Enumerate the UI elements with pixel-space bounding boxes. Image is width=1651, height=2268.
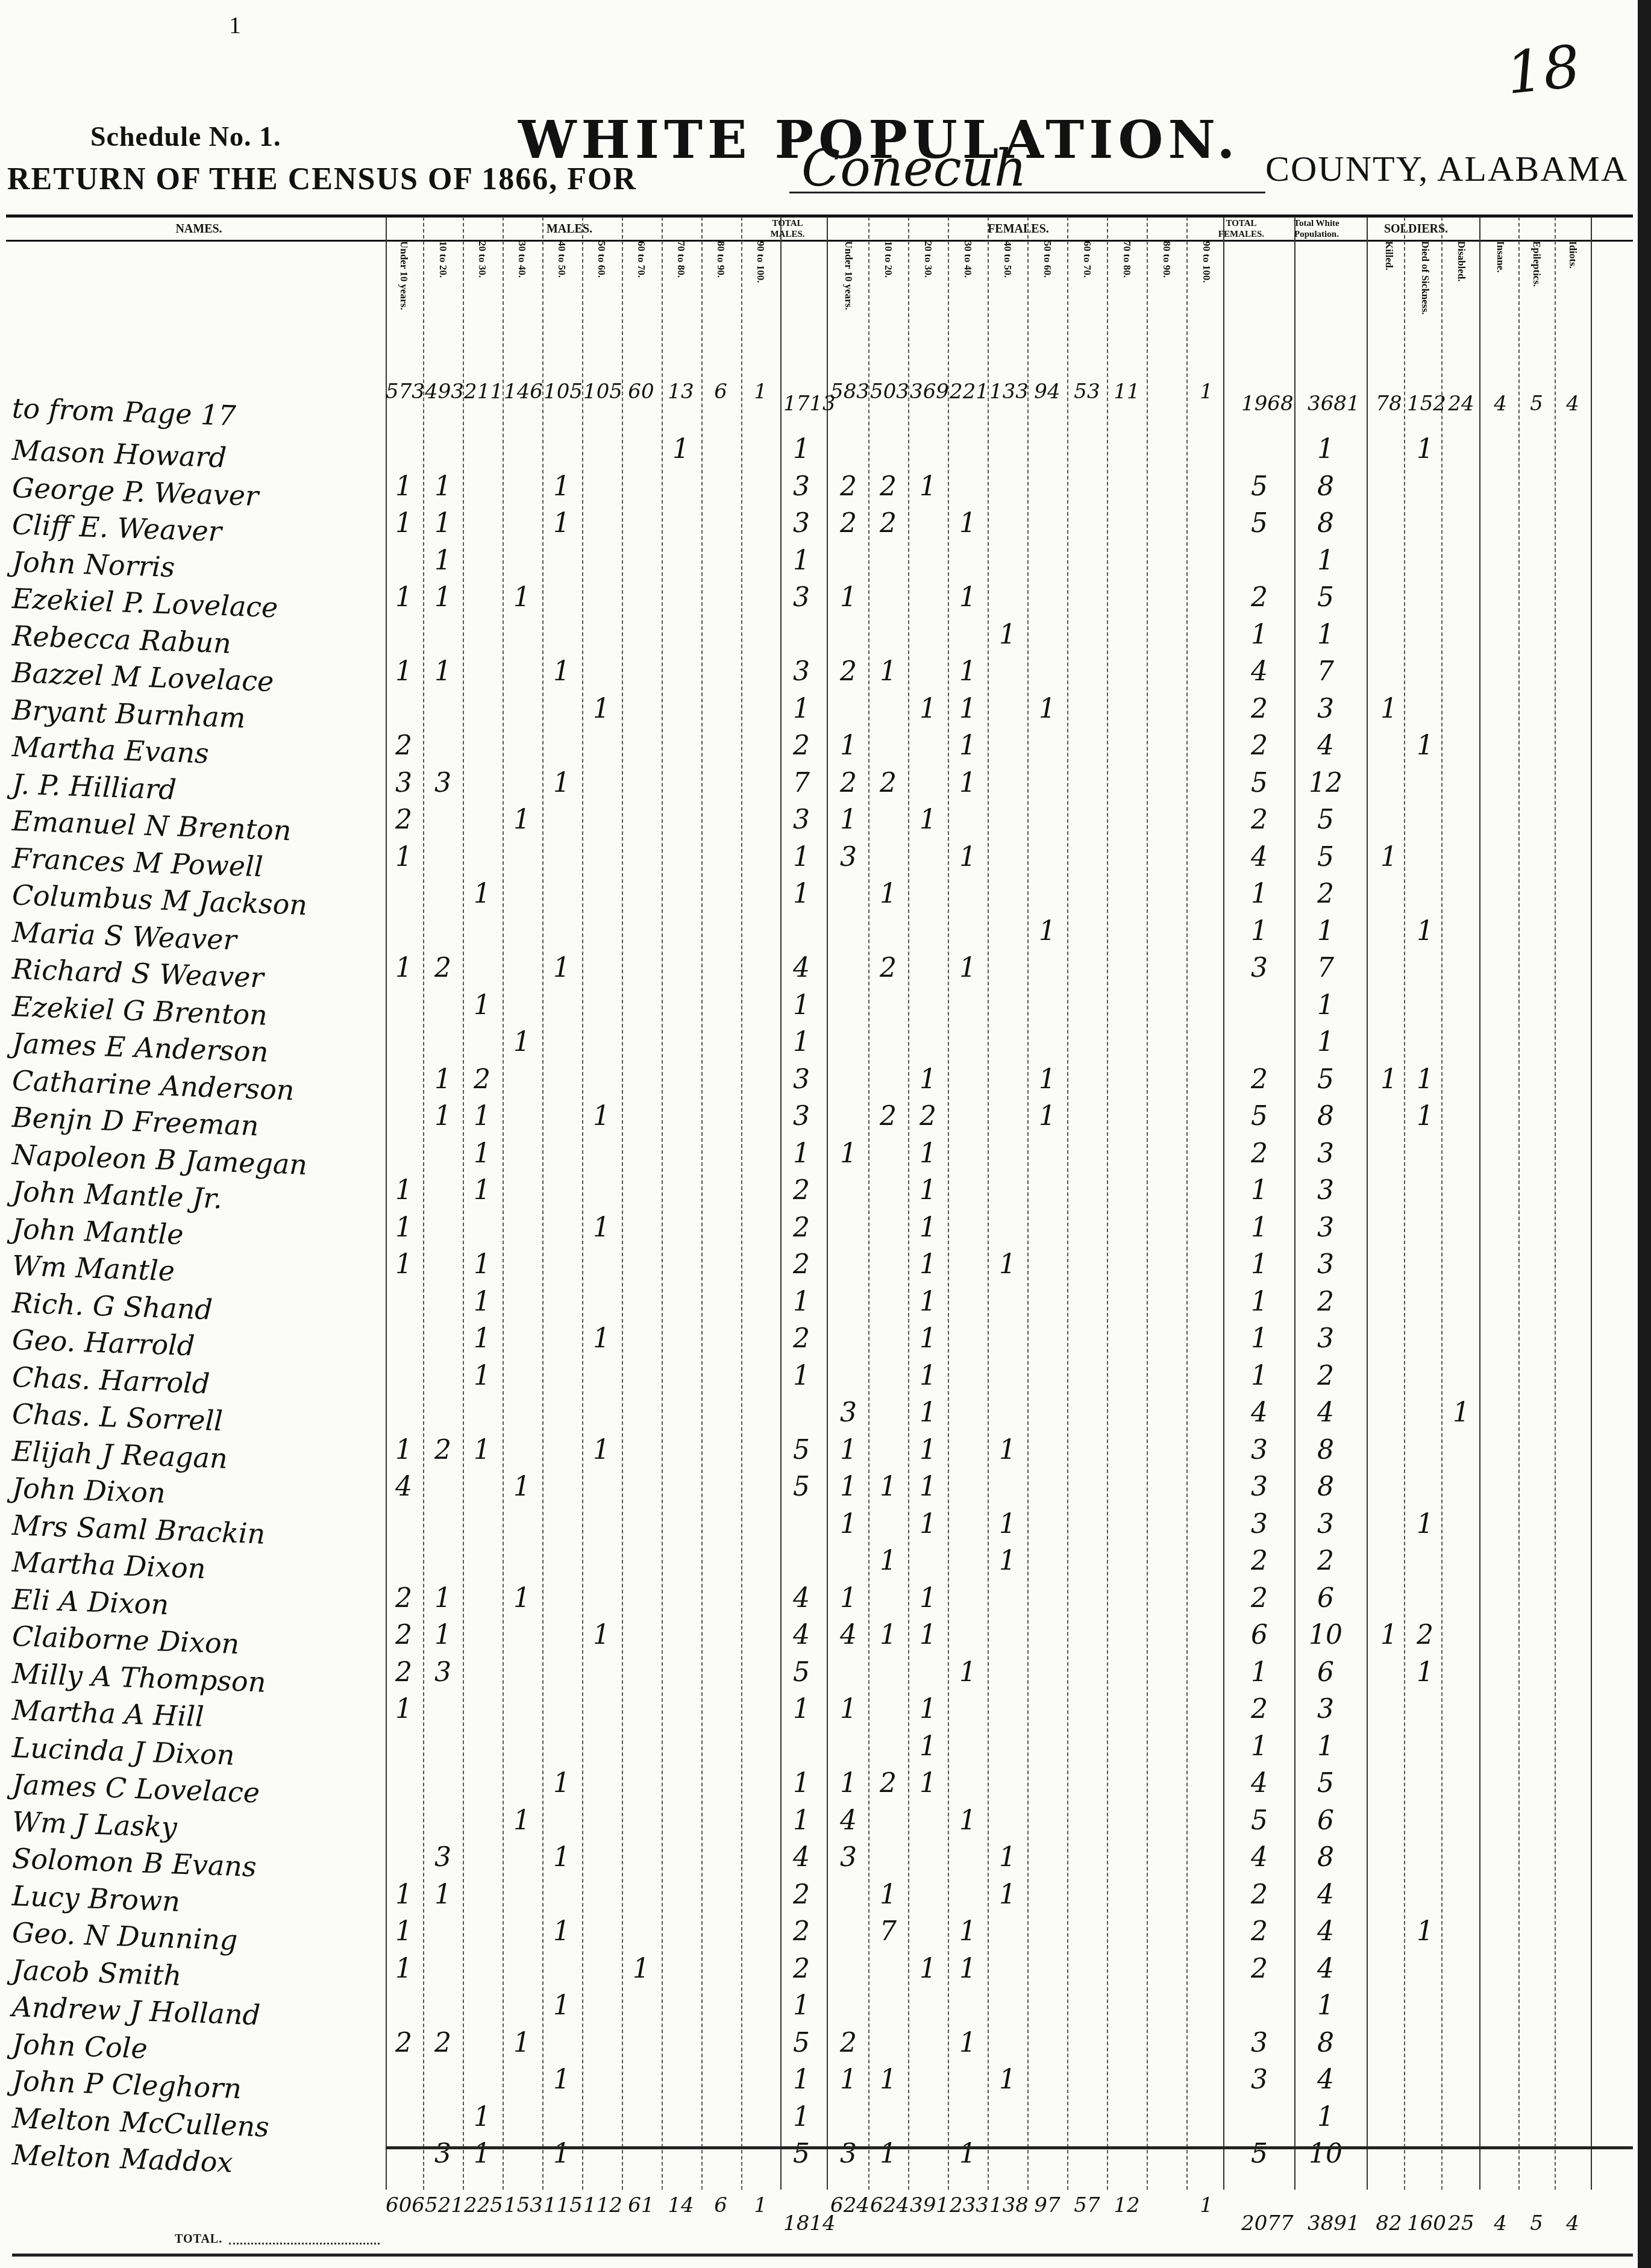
male-count: 1 <box>386 508 422 539</box>
female-count: 1 <box>870 1471 906 1502</box>
female-count: 583 <box>830 380 866 404</box>
female-count: 1 <box>910 1768 946 1799</box>
female-count: 1 <box>1029 1101 1065 1132</box>
total-white: 3 <box>1308 1509 1344 1540</box>
condition-col-header: Idiots. <box>1567 241 1579 386</box>
total-females: 5 <box>1241 1101 1277 1132</box>
total-males: 2 <box>783 1879 819 1910</box>
total-white: 4 <box>1308 1953 1344 1984</box>
total-white: 7 <box>1308 953 1344 983</box>
total-white: 1 <box>1308 1990 1344 2021</box>
column-rule <box>1479 217 1480 2190</box>
female-count: 1 <box>950 694 986 724</box>
male-count: 1 <box>425 1583 461 1614</box>
total-killed: 82 <box>1371 2211 1407 2235</box>
column-rule <box>1591 217 1592 2190</box>
female-count: 2 <box>830 508 866 539</box>
female-age-header: Under 10 years. <box>842 241 854 386</box>
male-count: 2 <box>425 2028 461 2058</box>
household-name: Martha Evans <box>11 730 210 769</box>
male-count: 1 <box>544 1990 580 2021</box>
male-count: 1 <box>464 1249 500 1280</box>
total-males: 1 <box>783 694 819 724</box>
female-count: 1 <box>950 582 986 613</box>
female-total: 138 <box>989 2193 1026 2217</box>
female-age-header: 70 to 80. <box>1121 241 1133 386</box>
total-males: 1 <box>783 2064 819 2095</box>
condition-col-header: Epileptics. <box>1530 241 1543 386</box>
male-age-header: 10 to 20. <box>437 241 449 386</box>
total-white: 2 <box>1308 879 1344 909</box>
male-count: 1 <box>544 1842 580 1873</box>
total-males: 2 <box>783 730 819 761</box>
soldiers-header: SOLDIERS. <box>1362 218 1470 240</box>
household-name: Napoleon B Jamegan <box>11 1138 308 1181</box>
total-males: 5 <box>783 2028 819 2058</box>
column-rule <box>868 217 869 2190</box>
male-count: 1 <box>504 1583 540 1614</box>
male-total: 1 <box>742 2193 779 2217</box>
total-males: 4 <box>783 953 819 983</box>
male-count: 1 <box>583 1323 619 1354</box>
male-count: 6 <box>703 380 739 404</box>
male-count: 1 <box>386 1916 422 1947</box>
male-count: 1 <box>386 582 422 613</box>
total-white: 8 <box>1308 1471 1344 1502</box>
total-females: 5 <box>1241 2138 1277 2169</box>
column-rule <box>1107 217 1108 2190</box>
total-white: 8 <box>1308 1842 1344 1873</box>
female-count: 1 <box>910 1694 946 1724</box>
county-underline <box>789 192 1265 193</box>
grand-total-males: 1814 <box>783 2211 819 2235</box>
total-males: 3 <box>783 804 819 835</box>
household-name: J. P. Hilliard <box>11 768 177 806</box>
total-males: 4 <box>783 1583 819 1614</box>
female-count: 2 <box>870 471 906 502</box>
total-females: 2 <box>1241 1916 1277 1947</box>
total-white: 5 <box>1308 1064 1344 1095</box>
male-count: 1 <box>464 1286 500 1317</box>
female-count: 2 <box>870 953 906 983</box>
male-count: 3 <box>425 768 461 798</box>
male-total: 6 <box>703 2193 739 2217</box>
female-count: 3 <box>830 1842 866 1873</box>
female-count: 1 <box>870 2138 906 2169</box>
killed: 1 <box>1371 1064 1407 1095</box>
household-name: Melton McCullens <box>11 2102 270 2143</box>
female-count: 1 <box>830 1768 866 1799</box>
total-label: TOTAL. <box>175 2232 222 2246</box>
male-count: 1 <box>544 656 580 687</box>
household-name: Martha Dixon <box>11 1546 206 1585</box>
column-rule <box>1147 217 1148 2190</box>
census-page: 1 18 Schedule No. 1. WHITE POPULATION. R… <box>0 0 1651 2268</box>
male-count: 3 <box>386 768 422 798</box>
idiots: 4 <box>1555 392 1591 416</box>
page-number: 18 <box>1503 33 1583 107</box>
county-name: Conecuh <box>801 139 1027 198</box>
female-total: 391 <box>910 2193 946 2217</box>
total-males: 1 <box>783 1694 819 1724</box>
total-males: 2 <box>783 1916 819 1947</box>
male-count: 1 <box>386 656 422 687</box>
female-count: 2 <box>870 1101 906 1132</box>
total-disabled: 25 <box>1443 2211 1479 2235</box>
total-males: 1 <box>783 1138 819 1169</box>
household-name: John P Cleghorn <box>11 2064 242 2105</box>
total-females: 3 <box>1241 2064 1277 2095</box>
female-count: 1 <box>950 1657 986 1688</box>
total-females: 2 <box>1241 1064 1277 1095</box>
female-count: 1 <box>910 1953 946 1984</box>
female-count: 1 <box>910 1620 946 1650</box>
female-count: 1 <box>989 1879 1026 1910</box>
schedule-label: Schedule No. 1. <box>90 121 281 152</box>
total-white: 1 <box>1308 619 1344 650</box>
total-males: 4 <box>783 1620 819 1650</box>
male-count: 1 <box>623 1953 659 1984</box>
died-of-sickness: 1 <box>1407 434 1443 465</box>
killed: 1 <box>1371 842 1407 872</box>
total-females: 1 <box>1241 1731 1277 1762</box>
female-count: 1 <box>910 1435 946 1465</box>
male-count: 3 <box>425 2138 461 2169</box>
died-of-sickness: 1 <box>1407 1657 1443 1688</box>
household-name: Geo. N Dunning <box>11 1916 238 1956</box>
total-females: 1 <box>1241 1286 1277 1317</box>
died-of-sickness: 2 <box>1407 1620 1443 1650</box>
total-white-header: Total White Population. <box>1277 218 1356 240</box>
household-name: Ezekiel P. Lovelace <box>11 582 278 624</box>
total-leader-dots <box>229 2243 380 2245</box>
female-count: 1 <box>950 2138 986 2169</box>
female-count: 1 <box>910 1138 946 1169</box>
male-count: 1 <box>464 1175 500 1206</box>
male-count: 1 <box>425 1064 461 1095</box>
total-white: 10 <box>1308 2138 1344 2169</box>
male-count: 2 <box>386 2028 422 2058</box>
household-name: Mrs Saml Brackin <box>11 1509 266 1550</box>
female-count: 2 <box>870 508 906 539</box>
male-count: 2 <box>386 1620 422 1650</box>
household-name: John Mantle <box>11 1212 184 1251</box>
female-total: 233 <box>950 2193 986 2217</box>
female-count: 1 <box>830 1138 866 1169</box>
female-total: 624 <box>870 2193 906 2217</box>
total-males: 3 <box>783 471 819 502</box>
total-males: 1 <box>783 545 819 576</box>
killed: 1 <box>1371 1620 1407 1650</box>
total-females: 3 <box>1241 1435 1277 1465</box>
total-males-header: TOTAL MALES. <box>754 218 821 240</box>
female-age-header: 80 to 90. <box>1161 241 1173 386</box>
female-count: 1 <box>910 1397 946 1428</box>
total-males: 1 <box>783 1027 819 1057</box>
male-count: 1 <box>386 1435 422 1465</box>
column-rule <box>988 217 989 2190</box>
female-count: 1 <box>950 2028 986 2058</box>
male-count: 1 <box>464 1361 500 1391</box>
total-epileptics: 5 <box>1518 2211 1555 2235</box>
female-count: 1 <box>910 1471 946 1502</box>
total-white: 4 <box>1308 2064 1344 2095</box>
total-white: 6 <box>1308 1805 1344 1836</box>
household-name: Jacob Smith <box>11 1953 182 1992</box>
female-count: 1 <box>910 1509 946 1540</box>
total-died: 160 <box>1407 2211 1443 2235</box>
household-name: Martha A Hill <box>11 1694 204 1733</box>
female-count: 1 <box>910 1064 946 1095</box>
female-count: 1 <box>950 953 986 983</box>
total-white: 1 <box>1308 434 1344 465</box>
total-white: 3 <box>1308 694 1344 724</box>
total-females: 4 <box>1241 1842 1277 1873</box>
column-rule <box>582 217 583 2190</box>
female-count: 1 <box>989 1249 1026 1280</box>
total-males: 2 <box>783 1323 819 1354</box>
male-total: 61 <box>623 2193 659 2217</box>
condition-col-header: Insane. <box>1494 241 1506 386</box>
total-males: 1 <box>783 1990 819 2021</box>
household-name: Bazzel M Lovelace <box>11 656 274 698</box>
female-count: 1 <box>870 1620 906 1650</box>
killed: 1 <box>1371 694 1407 724</box>
male-count: 105 <box>544 380 580 404</box>
female-count: 1 <box>910 1583 946 1614</box>
female-count: 1 <box>910 1361 946 1391</box>
female-total: 57 <box>1069 2193 1105 2217</box>
female-count: 2 <box>830 2028 866 2058</box>
died-of-sickness: 1 <box>1407 916 1443 947</box>
household-name: John Dixon <box>11 1471 166 1509</box>
total-females: 1 <box>1241 619 1277 650</box>
column-rule <box>1223 217 1224 2190</box>
male-age-header: 90 to 100. <box>754 241 766 386</box>
male-count: 1 <box>663 434 699 465</box>
household-name: Benjn D Freeman <box>11 1101 259 1142</box>
total-females: 5 <box>1241 1805 1277 1836</box>
female-count: 1 <box>830 2064 866 2095</box>
male-total: 521 <box>425 2193 461 2217</box>
total-white: 6 <box>1308 1657 1344 1688</box>
male-count: 2 <box>464 1064 500 1095</box>
male-total: 606 <box>386 2193 422 2217</box>
total-females: 2 <box>1241 1953 1277 1984</box>
total-males: 2 <box>783 1953 819 1984</box>
male-total: 153 <box>504 2193 540 2217</box>
household-name: John Cole <box>11 2028 148 2065</box>
total-white: 2 <box>1308 1286 1344 1317</box>
total-females: 2 <box>1241 1583 1277 1614</box>
total-white: 4 <box>1308 1879 1344 1910</box>
male-age-header: 70 to 80. <box>675 241 687 386</box>
household-name: Emanuel N Brenton <box>11 804 292 847</box>
male-count: 1 <box>464 879 500 909</box>
female-count: 1 <box>830 1583 866 1614</box>
male-total: 115 <box>544 2193 580 2217</box>
female-count: 1 <box>870 2064 906 2095</box>
male-age-header: 80 to 90. <box>715 241 727 386</box>
total-males: 3 <box>783 582 819 613</box>
total-males: 3 <box>783 656 819 687</box>
total-males: 1 <box>783 879 819 909</box>
male-count: 1 <box>425 545 461 576</box>
male-count: 1 <box>464 2102 500 2132</box>
total-females: 2 <box>1241 804 1277 835</box>
female-count: 1 <box>830 730 866 761</box>
column-rule <box>662 217 663 2190</box>
total-white: 1 <box>1308 916 1344 947</box>
total-white: 7 <box>1308 656 1344 687</box>
disabled: 24 <box>1443 392 1479 416</box>
male-count: 1 <box>425 508 461 539</box>
household-name: Rich. G Shand <box>11 1286 213 1326</box>
male-count: 1 <box>544 2138 580 2169</box>
male-age-header: 40 to 50. <box>556 241 568 386</box>
female-count: 1 <box>870 879 906 909</box>
male-count: 1 <box>504 804 540 835</box>
total-males: 1 <box>783 434 819 465</box>
total-males: 7 <box>783 768 819 798</box>
total-females: 2 <box>1241 730 1277 761</box>
total-females: 3 <box>1241 953 1277 983</box>
female-count: 4 <box>830 1620 866 1650</box>
household-name: Frances M Powell <box>11 842 263 883</box>
total-white: 5 <box>1308 1768 1344 1799</box>
soldier-col-header: Disabled. <box>1455 241 1467 386</box>
male-count: 1 <box>464 1101 500 1132</box>
female-count: 2 <box>870 1768 906 1799</box>
total-white: 3681 <box>1308 392 1344 416</box>
stamp-mark: 1 <box>229 11 241 39</box>
household-name: Milly A Thompson <box>11 1657 266 1699</box>
epileptics: 5 <box>1518 392 1555 416</box>
male-count: 1 <box>583 1620 619 1650</box>
male-count: 1 <box>386 953 422 983</box>
total-rule-top <box>386 2146 1633 2149</box>
column-rule <box>1404 217 1405 2190</box>
total-white: 6 <box>1308 1583 1344 1614</box>
male-count: 2 <box>425 953 461 983</box>
header-rule-top <box>6 215 1633 218</box>
female-count: 1 <box>1188 380 1224 404</box>
male-count: 2 <box>386 804 422 835</box>
male-count: 1 <box>425 582 461 613</box>
female-count: 4 <box>830 1805 866 1836</box>
household-name: Eli A Dixon <box>11 1583 169 1621</box>
total-males: 1 <box>783 1805 819 1836</box>
died-of-sickness: 1 <box>1407 1101 1443 1132</box>
total-females: 1 <box>1241 916 1277 947</box>
total-white: 10 <box>1308 1620 1344 1650</box>
total-females: 1 <box>1241 879 1277 909</box>
total-males: 1 <box>783 1361 819 1391</box>
column-rule <box>780 217 782 2190</box>
column-rule <box>1555 217 1556 2190</box>
household-name: Maria S Weaver <box>11 916 237 956</box>
total-females: 2 <box>1241 582 1277 613</box>
female-age-header: 30 to 40. <box>962 241 974 386</box>
male-age-header: 20 to 30. <box>476 241 488 386</box>
female-age-header: 90 to 100. <box>1200 241 1212 386</box>
total-females: 2 <box>1241 1546 1277 1576</box>
male-count: 1 <box>742 380 779 404</box>
total-males: 5 <box>783 2138 819 2169</box>
female-age-header: 40 to 50. <box>1001 241 1013 386</box>
female-count: 1 <box>910 1249 946 1280</box>
household-name: to from Page 17 <box>11 392 237 432</box>
male-count: 1 <box>386 1694 422 1724</box>
male-count: 146 <box>504 380 540 404</box>
household-name: Chas. Harrold <box>11 1361 210 1400</box>
total-white: 2 <box>1308 1361 1344 1391</box>
column-rule <box>423 217 424 2190</box>
male-count: 1 <box>583 1435 619 1465</box>
total-white: 8 <box>1308 1435 1344 1465</box>
column-rule <box>503 217 504 2190</box>
female-count: 503 <box>870 380 906 404</box>
male-count: 1 <box>504 1471 540 1502</box>
household-name: John Mantle Jr. <box>11 1175 223 1215</box>
total-white: 3 <box>1308 1175 1344 1206</box>
total-white: 3 <box>1308 1323 1344 1354</box>
female-count: 1 <box>1029 916 1065 947</box>
total-females-header: TOTAL FEMALES. <box>1208 218 1274 240</box>
total-males: 4 <box>783 1842 819 1873</box>
total-males: 3 <box>783 508 819 539</box>
female-count: 1 <box>989 1842 1026 1873</box>
total-females: 2 <box>1241 1138 1277 1169</box>
total-white: 1 <box>1308 1027 1344 1057</box>
male-count: 1 <box>544 2064 580 2095</box>
column-rule <box>622 217 623 2190</box>
total-females: 1 <box>1241 1249 1277 1280</box>
total-males: 1 <box>783 1768 819 1799</box>
total-females: 1 <box>1241 1361 1277 1391</box>
female-count: 2 <box>870 768 906 798</box>
female-count: 1 <box>989 619 1026 650</box>
total-males: 1 <box>783 2102 819 2132</box>
total-males: 2 <box>783 1212 819 1243</box>
male-count: 1 <box>504 1027 540 1057</box>
male-count: 493 <box>425 380 461 404</box>
household-name: Catharine Anderson <box>11 1064 295 1106</box>
total-white: 8 <box>1308 508 1344 539</box>
male-count: 1 <box>504 2028 540 2058</box>
female-age-header: 60 to 70. <box>1081 241 1093 386</box>
female-count: 1 <box>830 1509 866 1540</box>
total-white: 3 <box>1308 1694 1344 1724</box>
total-males: 5 <box>783 1435 819 1465</box>
column-rule <box>1027 217 1029 2190</box>
female-count: 1 <box>830 1471 866 1502</box>
household-name: George P. Weaver <box>11 471 259 512</box>
household-name: John Norris <box>11 545 175 583</box>
total-white: 1 <box>1308 990 1344 1021</box>
male-count: 2 <box>386 730 422 761</box>
female-total: 12 <box>1109 2193 1145 2217</box>
male-count: 1 <box>464 2138 500 2169</box>
total-white: 8 <box>1308 2028 1344 2058</box>
column-rule <box>1367 217 1368 2190</box>
female-total: 1 <box>1188 2193 1224 2217</box>
household-name: Claiborne Dixon <box>11 1620 240 1660</box>
male-total: 14 <box>663 2193 699 2217</box>
female-count: 1 <box>910 1286 946 1317</box>
male-count: 1 <box>583 1101 619 1132</box>
male-count: 1 <box>386 1212 422 1243</box>
